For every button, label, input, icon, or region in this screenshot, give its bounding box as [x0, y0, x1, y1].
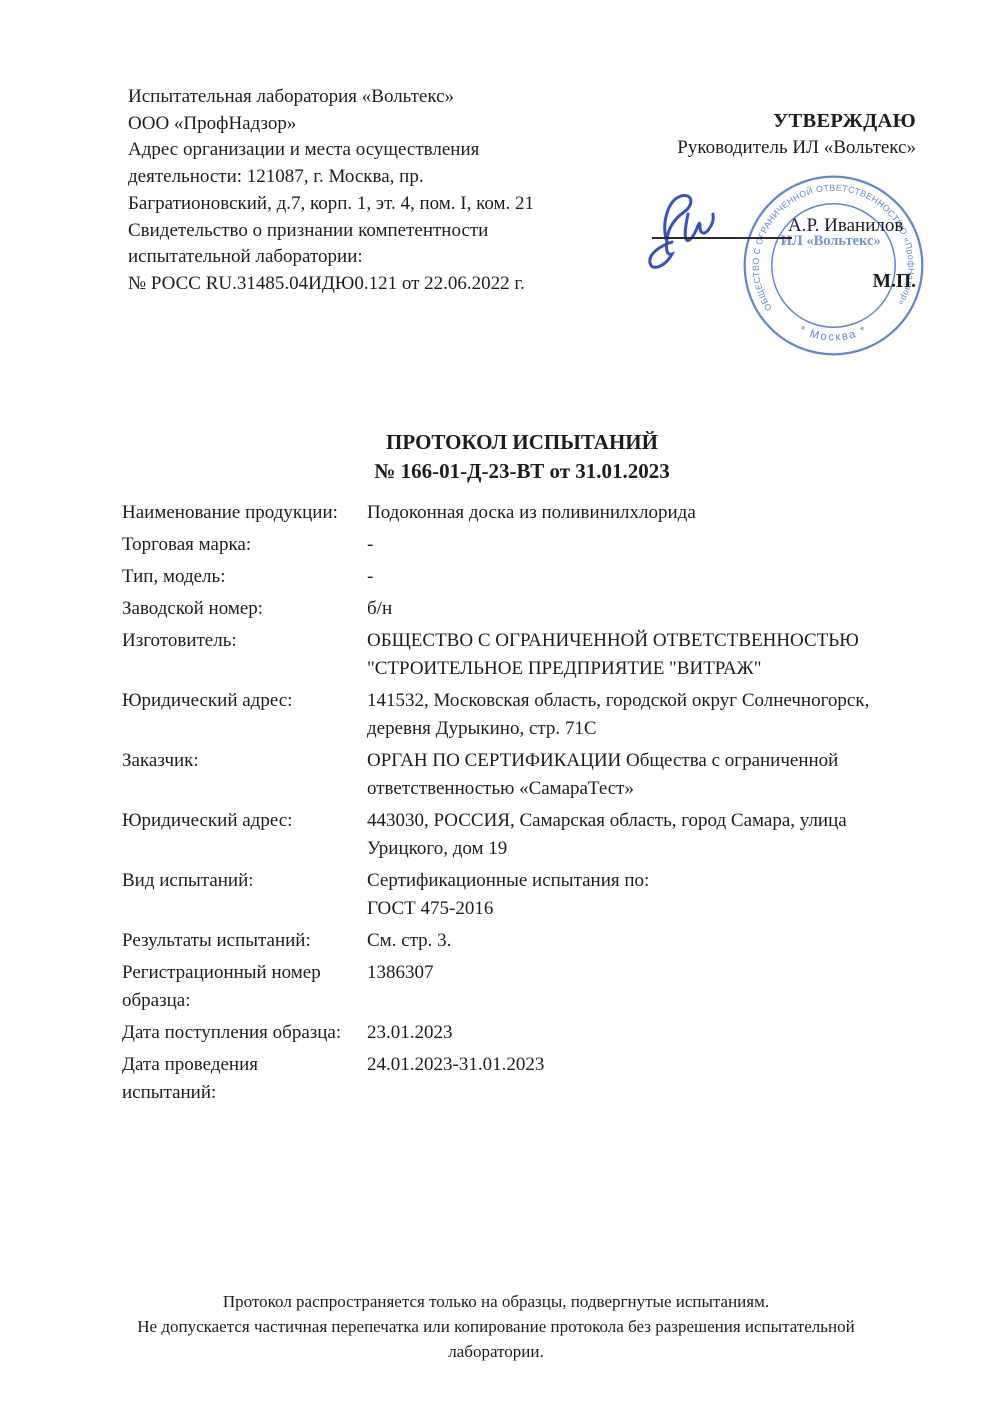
document-title-line1: ПРОТОКОЛ ИСПЫТАНИЙ — [122, 428, 922, 457]
table-row: Изготовитель: ОБЩЕСТВО С ОГРАНИЧЕННОЙ ОТ… — [122, 627, 922, 683]
row-value: б/н — [367, 595, 922, 623]
row-value: - — [367, 531, 922, 559]
row-value: - — [367, 563, 922, 591]
row-label: Юридический адрес: — [122, 687, 367, 743]
row-value: Подоконная доска из поливинилхлорида — [367, 499, 922, 527]
row-value: См. стр. 3. — [367, 927, 922, 955]
protocol-document-page: Испытательная лаборатория «Вольтекс» ООО… — [0, 0, 992, 1403]
table-row: Результаты испытаний: См. стр. 3. — [122, 927, 922, 955]
row-label: Регистрационный номер образца: — [122, 959, 367, 1015]
footer-note: Протокол распространяется только на обра… — [56, 1289, 936, 1364]
row-value: 141532, Московская область, городской ок… — [367, 687, 922, 743]
approve-heading: УТВЕРЖДАЮ — [620, 110, 916, 133]
row-value: 23.01.2023 — [367, 1019, 922, 1047]
row-label: Дата поступления образца: — [122, 1019, 367, 1047]
row-label: Торговая марка: — [122, 531, 367, 559]
row-value: 443030, РОССИЯ, Самарская область, город… — [367, 807, 922, 863]
row-label: Юридический адрес: — [122, 807, 367, 863]
row-label: Вид испытаний: — [122, 867, 367, 923]
signature-line — [652, 237, 792, 239]
row-label: Результаты испытаний: — [122, 927, 367, 955]
table-row: Юридический адрес: 443030, РОССИЯ, Самар… — [122, 807, 922, 863]
table-row: Тип, модель: - — [122, 563, 922, 591]
table-row: Заказчик: ОРГАН ПО СЕРТИФИКАЦИИ Общества… — [122, 747, 922, 803]
row-label: Заводской номер: — [122, 595, 367, 623]
signature-scribble — [636, 182, 766, 272]
row-value: ОБЩЕСТВО С ОГРАНИЧЕННОЙ ОТВЕТСТВЕННОСТЬЮ… — [367, 627, 922, 683]
row-value: 1386307 — [367, 959, 922, 1015]
document-title-line2: № 166-01-Д-23-ВТ от 31.01.2023 — [122, 457, 922, 486]
table-row: Дата проведения испытаний: 24.01.2023-31… — [122, 1051, 922, 1107]
details-table: Наименование продукции: Подоконная доска… — [122, 499, 922, 1111]
row-label: Изготовитель: — [122, 627, 367, 683]
document-title: ПРОТОКОЛ ИСПЫТАНИЙ № 166-01-Д-23-ВТ от 3… — [122, 428, 922, 485]
round-stamp: ОБЩЕСТВО С ОГРАНИЧЕННОЙ ОТВЕТСТВЕННОСТЬЮ… — [740, 172, 927, 359]
table-row: Заводской номер: б/н — [122, 595, 922, 623]
head-title: Руководитель ИЛ «Вольтекс» — [620, 137, 916, 159]
row-value: 24.01.2023-31.01.2023 — [367, 1051, 922, 1107]
table-row: Наименование продукции: Подоконная доска… — [122, 499, 922, 527]
signer-name: А.Р. Иванилов — [788, 215, 903, 237]
seal-mark-mp: М.П. — [862, 271, 916, 293]
row-label: Наименование продукции: — [122, 499, 367, 527]
row-label: Заказчик: — [122, 747, 367, 803]
row-value: Сертификационные испытания по: ГОСТ 475-… — [367, 867, 922, 923]
table-row: Торговая марка: - — [122, 531, 922, 559]
table-row: Дата поступления образца: 23.01.2023 — [122, 1019, 922, 1047]
row-label: Дата проведения испытаний: — [122, 1051, 367, 1107]
row-label: Тип, модель: — [122, 563, 367, 591]
table-row: Регистрационный номер образца: 1386307 — [122, 959, 922, 1015]
table-row: Вид испытаний: Сертификационные испытани… — [122, 867, 922, 923]
laboratory-info-block: Испытательная лаборатория «Вольтекс» ООО… — [128, 84, 598, 298]
table-row: Юридический адрес: 141532, Московская об… — [122, 687, 922, 743]
row-value: ОРГАН ПО СЕРТИФИКАЦИИ Общества с огранич… — [367, 747, 922, 803]
